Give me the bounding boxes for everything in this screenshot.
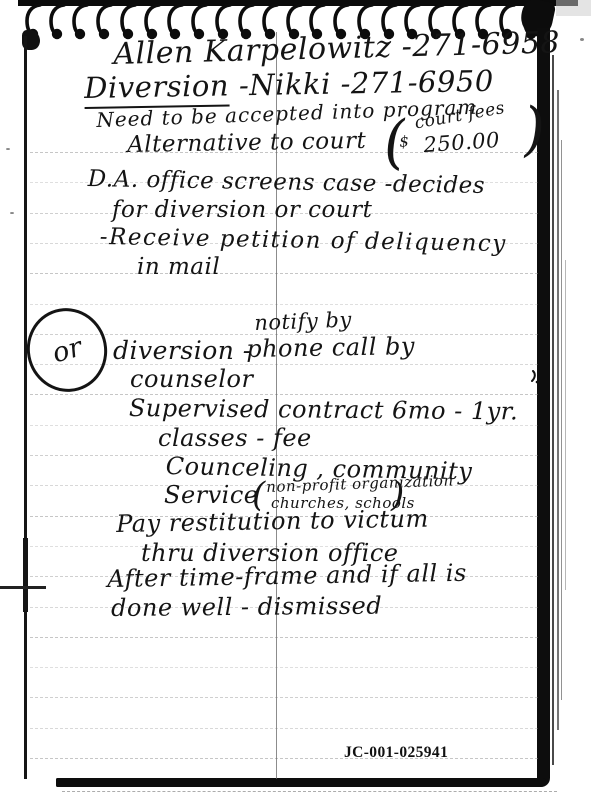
fees-dollar-sign: $ (399, 134, 410, 150)
ruled-line (30, 667, 538, 668)
ruled-line (30, 637, 538, 638)
note-line-service: Service (164, 483, 259, 507)
or-text: or (49, 331, 86, 369)
note-line-outcome: After time-frame and if all is (107, 561, 467, 591)
note-line-restitution: Pay restitution to victum (116, 507, 429, 536)
stray-pen-mark (530, 369, 540, 388)
note-line-petition2: in mail (137, 256, 220, 279)
scan-streak (557, 90, 559, 730)
scan-smudge (556, 0, 591, 16)
note-line-classes: classes - fee (158, 426, 312, 450)
note-line-outcome2: done well - dismissed (111, 594, 382, 620)
scan-streak (565, 260, 566, 590)
ruled-line (30, 697, 538, 698)
scan-speck (6, 148, 10, 150)
ruled-line (30, 758, 538, 759)
fees-amount: 250.00 (423, 130, 501, 156)
note-line-alternative: Alternative to court (127, 130, 366, 157)
note-line-contract: Supervised contract 6mo - 1yr. (129, 396, 519, 423)
scan-speck (10, 212, 14, 214)
scan-streak (561, 140, 562, 700)
note-line-notify2: notify by (254, 310, 352, 334)
note-line-screening2: for diversion or court (112, 199, 372, 222)
page-left-edge-thick (23, 538, 28, 612)
diversion-underlined-word: Diversion (84, 68, 229, 109)
scan-speck (580, 38, 584, 41)
ruled-line (30, 364, 538, 365)
page-left-edge (24, 36, 27, 779)
scanned-notebook-page: Allen Karpelowitz -271-6958 Diversion-Ni… (0, 0, 591, 801)
note-line-notify1: diversion - (113, 338, 252, 363)
ruled-line (30, 304, 538, 305)
bates-stamp: JC-001-025941 (344, 744, 448, 762)
note-line-notify3: phone call by (246, 334, 415, 361)
note-line-notify4: counselor (130, 367, 253, 391)
ruled-line (30, 728, 538, 729)
fees-close-paren: ) (521, 99, 548, 158)
ruled-line (30, 273, 538, 274)
